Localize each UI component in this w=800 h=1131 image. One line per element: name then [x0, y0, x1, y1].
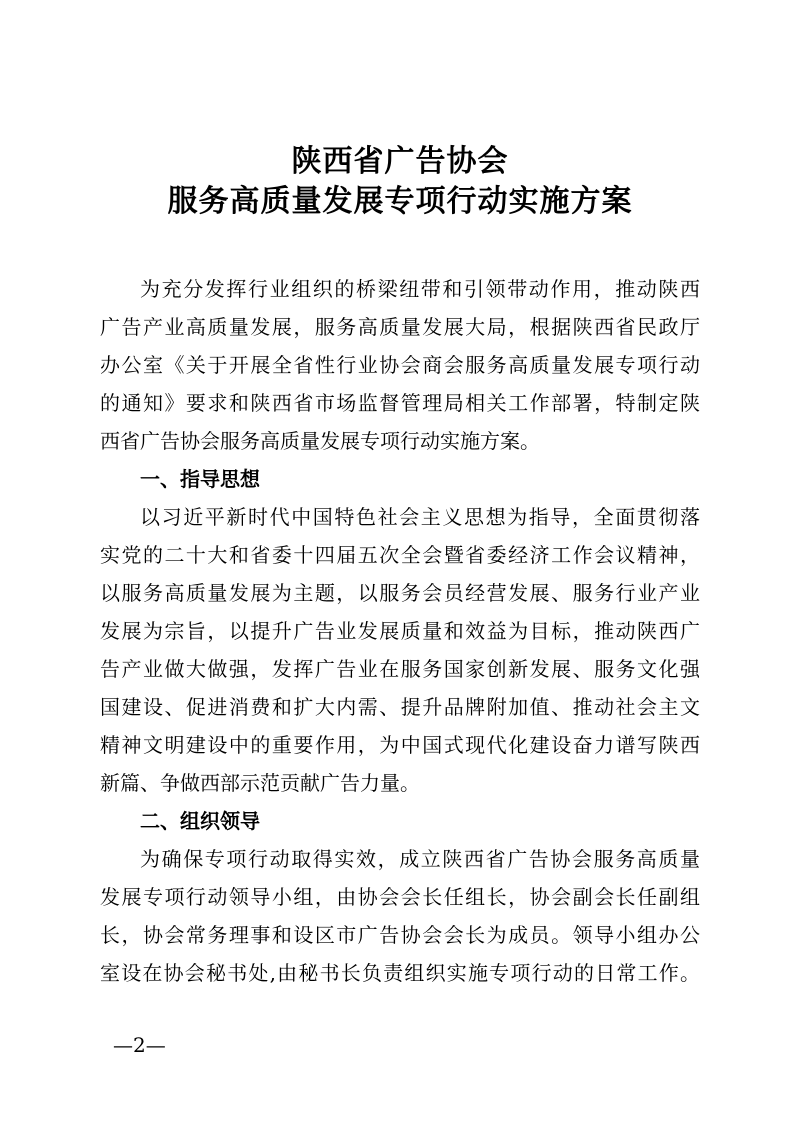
section-heading-guiding-ideology: 一、指导思想	[100, 460, 700, 498]
text-line: 实党的二十大和省委十四届五次全会暨省委经济工作会议精神，	[100, 536, 700, 574]
text-line: 办公室《关于开展全省性行业协会商会服务高质量发展专项行动	[100, 346, 700, 384]
text-line: 的通知》要求和陕西省市场监督管理局相关工作部署，特制定陕	[100, 384, 700, 422]
text-line: 新篇、争做西部示范贡献广告力量。	[100, 764, 700, 802]
text-line: 以服务高质量发展为主题，以服务会员经营发展、服务行业产业	[100, 574, 700, 612]
text-line: 广告产业高质量发展，服务高质量发展大局，根据陕西省民政厅	[100, 308, 700, 346]
text-line: 以习近平新时代中国特色社会主义思想为指导，全面贯彻落	[100, 498, 700, 536]
text-line: 发展专项行动领导小组，由协会会长任组长，协会副会长任副组	[100, 878, 700, 916]
text-line: 为确保专项行动取得实效，成立陕西省广告协会服务高质量	[100, 840, 700, 878]
document-title: 陕西省广告协会 服务高质量发展专项行动实施方案	[100, 142, 700, 222]
text-line: 为充分发挥行业组织的桥梁纽带和引领带动作用，推动陕西	[100, 270, 700, 308]
document-page: 陕西省广告协会 服务高质量发展专项行动实施方案 为充分发挥行业组织的桥梁纽带和引…	[0, 0, 800, 1131]
text-line: 精神文明建设中的重要作用，为中国式现代化建设奋力谱写陕西	[100, 726, 700, 764]
section-heading-organization-leadership: 二、组织领导	[100, 802, 700, 840]
text-line: 发展为宗旨，以提升广告业发展质量和效益为目标，推动陕西广	[100, 612, 700, 650]
document-content: 陕西省广告协会 服务高质量发展专项行动实施方案 为充分发挥行业组织的桥梁纽带和引…	[100, 142, 700, 992]
title-line-2: 服务高质量发展专项行动实施方案	[100, 182, 700, 222]
paragraph-intro: 为充分发挥行业组织的桥梁纽带和引领带动作用，推动陕西广告产业高质量发展，服务高质…	[100, 270, 700, 460]
text-line: 告产业做大做强，发挥广告业在服务国家创新发展、服务文化强	[100, 650, 700, 688]
paragraph-guiding-ideology: 以习近平新时代中国特色社会主义思想为指导，全面贯彻落实党的二十大和省委十四届五次…	[100, 498, 700, 802]
text-line: 国建设、促进消费和扩大内需、提升品牌附加值、推动社会主文	[100, 688, 700, 726]
title-line-1: 陕西省广告协会	[100, 142, 700, 182]
text-line: 室设在协会秘书处,由秘书长负责组织实施专项行动的日常工作。	[100, 954, 700, 992]
text-line: 长，协会常务理事和设区市广告协会会长为成员。领导小组办公	[100, 916, 700, 954]
page-number: —2—	[113, 1031, 166, 1059]
text-line: 西省广告协会服务高质量发展专项行动实施方案。	[100, 422, 700, 460]
document-body: 为充分发挥行业组织的桥梁纽带和引领带动作用，推动陕西广告产业高质量发展，服务高质…	[100, 270, 700, 992]
paragraph-organization-leadership: 为确保专项行动取得实效，成立陕西省广告协会服务高质量发展专项行动领导小组，由协会…	[100, 840, 700, 992]
